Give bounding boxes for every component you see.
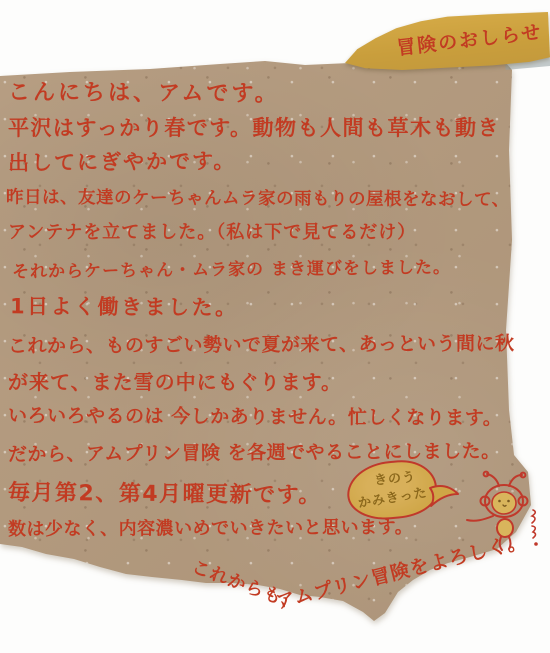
signature-scribble [532, 510, 538, 546]
note-line-5: アンテナを立てました。（私は下で見てるだけ） [8, 218, 416, 244]
note-line-11: だから、アムプリン冒険 を各週でやることにしました。 [8, 436, 501, 466]
note-line-4: 昨日は、友達のケーちゃんムラ家の雨もりの屋根をなおして、 [6, 184, 510, 212]
note-line-2: 平沢はすっかり春です。動物も人間も草木も動き [8, 112, 500, 142]
note-line-7: 1日よく働きました。 [10, 290, 239, 322]
note-line-6: それからケーちゃん・ムラ家の まき運びをしました。 [12, 253, 451, 283]
note-line-9: が来て、また雪の中にもぐります。 [8, 366, 342, 395]
scanned-note: 冒険のおしらせ こんにちは、アムです。 平沢はすっかり春です。動物も人間も草木も… [0, 0, 550, 653]
speech-bubble-tail-icon [428, 480, 462, 510]
note-line-3: 出してにぎやかです。 [8, 145, 237, 177]
note-line-8: これから、ものすごい勢いで夏が来て、あっという間に秋 [8, 329, 515, 359]
note-line-12: 毎月第2、第4月曜更新です。 [8, 476, 322, 510]
adventure-notice-tape: 冒険のおしらせ [345, 12, 550, 70]
tape-label: 冒険のおしらせ [395, 17, 544, 60]
tape-wrap: 冒険のおしらせ [345, 12, 550, 70]
note-line-1: こんにちは、アムです。 [8, 75, 280, 107]
amu-character-icon [463, 470, 547, 558]
note-line-13: 数は少なく、内容濃いめでいきたいと思います。 [8, 513, 413, 541]
note-line-10: いろいろやるのは 今しかありません。忙しくなります。 [8, 401, 502, 431]
bubble-text-line2: かみきった [357, 482, 429, 512]
